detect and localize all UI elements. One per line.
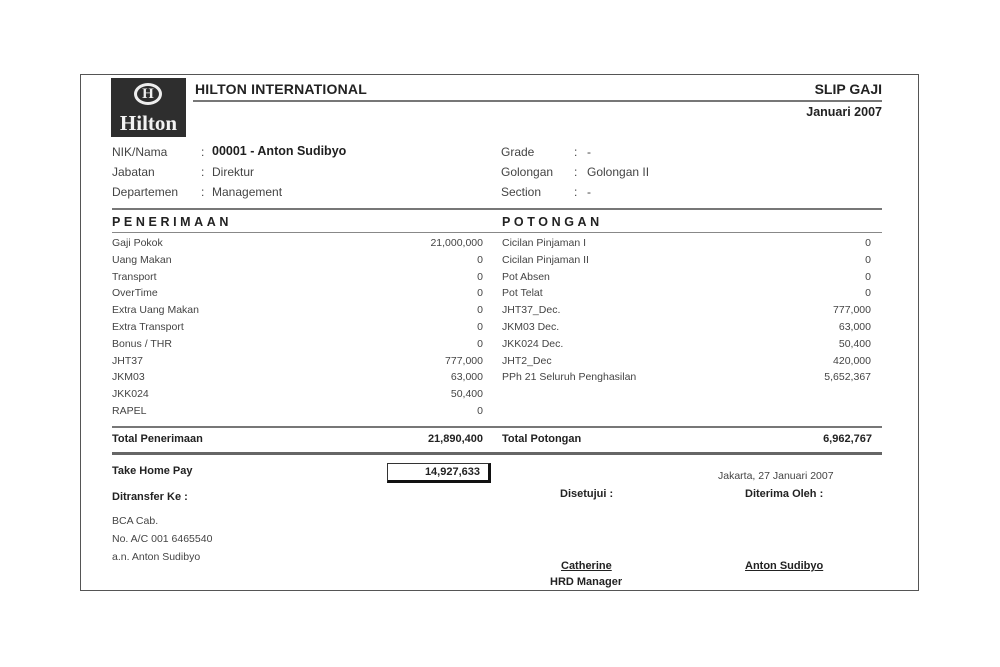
line-item-value: 0 bbox=[477, 287, 483, 299]
hilton-logo: H Hilton bbox=[111, 78, 186, 137]
line-item-label: JKM03 Dec. bbox=[502, 321, 559, 333]
separator: : bbox=[201, 165, 204, 179]
jabatan-value: Direktur bbox=[212, 165, 254, 179]
line-item-label: Gaji Pokok bbox=[112, 237, 163, 249]
grade-value: - bbox=[587, 145, 591, 159]
line-item-value: 50,400 bbox=[451, 388, 483, 400]
line-item-label: Cicilan Pinjaman II bbox=[502, 254, 589, 266]
take-home-pay-value: 14,927,633 bbox=[387, 463, 491, 483]
separator: : bbox=[201, 185, 204, 199]
line-item-label: JHT37_Dec. bbox=[502, 304, 560, 316]
line-item-row: RAPEL0 bbox=[112, 405, 483, 421]
approver-signature-name: Catherine bbox=[561, 560, 612, 572]
place-date: Jakarta, 27 Januari 2007 bbox=[718, 470, 834, 482]
line-item-row: Bonus / THR0 bbox=[112, 338, 483, 354]
line-item-value: 0 bbox=[477, 304, 483, 316]
separator: : bbox=[201, 145, 204, 159]
header-divider bbox=[193, 100, 882, 102]
line-item-row: JHT2_Dec420,000 bbox=[502, 355, 871, 371]
salary-slip: H Hilton HILTON INTERNATIONAL SLIP GAJI … bbox=[80, 74, 919, 591]
line-item-label: Pot Absen bbox=[502, 271, 550, 283]
line-item-label: Extra Transport bbox=[112, 321, 184, 333]
company-name: HILTON INTERNATIONAL bbox=[195, 81, 367, 97]
line-item-label: JKM03 bbox=[112, 371, 145, 383]
departemen-label: Departemen bbox=[112, 185, 178, 199]
line-item-label: JHT37 bbox=[112, 355, 143, 367]
totals-divider bbox=[112, 426, 882, 428]
line-item-value: 0 bbox=[477, 321, 483, 333]
line-item-row: JKM03 Dec.63,000 bbox=[502, 321, 871, 337]
line-item-value: 0 bbox=[477, 271, 483, 283]
line-item-label: Extra Uang Makan bbox=[112, 304, 199, 316]
line-item-row: PPh 21 Seluruh Penghasilan5,652,367 bbox=[502, 371, 871, 387]
line-item-label: Pot Telat bbox=[502, 287, 543, 299]
line-item-label: JKK024 bbox=[112, 388, 149, 400]
line-item-row: JHT37777,000 bbox=[112, 355, 483, 371]
total-potongan-value: 6,962,767 bbox=[823, 433, 872, 445]
line-item-value: 0 bbox=[865, 271, 871, 283]
section-label: Section bbox=[501, 185, 541, 199]
nik-nama-value: 00001 - Anton Sudibyo bbox=[212, 144, 346, 158]
line-item-row: Extra Transport0 bbox=[112, 321, 483, 337]
line-item-row: Pot Absen0 bbox=[502, 271, 871, 287]
total-penerimaan-value: 21,890,400 bbox=[411, 433, 483, 445]
account-number: No. A/C 001 6465540 bbox=[112, 533, 212, 545]
line-item-label: PPh 21 Seluruh Penghasilan bbox=[502, 371, 636, 383]
receiver-signature-name: Anton Sudibyo bbox=[745, 560, 823, 572]
line-item-value: 777,000 bbox=[445, 355, 483, 367]
take-home-divider bbox=[112, 452, 882, 455]
line-item-row: JHT37_Dec.777,000 bbox=[502, 304, 871, 320]
line-item-label: OverTime bbox=[112, 287, 158, 299]
approver-title: HRD Manager bbox=[550, 576, 622, 588]
line-item-row: Gaji Pokok21,000,000 bbox=[112, 237, 483, 253]
line-item-row: Transport0 bbox=[112, 271, 483, 287]
transfer-label: Ditransfer Ke : bbox=[112, 491, 188, 503]
separator: : bbox=[574, 145, 577, 159]
line-item-row: JKK024 Dec.50,400 bbox=[502, 338, 871, 354]
account-holder: a.n. Anton Sudibyo bbox=[112, 551, 200, 563]
golongan-label: Golongan bbox=[501, 165, 553, 179]
section-title-divider bbox=[112, 232, 882, 233]
separator: : bbox=[574, 185, 577, 199]
line-item-row: OverTime0 bbox=[112, 287, 483, 303]
line-item-value: 63,000 bbox=[839, 321, 871, 333]
section-value: - bbox=[587, 185, 591, 199]
info-divider bbox=[112, 208, 882, 210]
total-potongan-label: Total Potongan bbox=[502, 433, 581, 445]
document-title: SLIP GAJI bbox=[815, 81, 882, 97]
line-item-value: 0 bbox=[477, 338, 483, 350]
jabatan-label: Jabatan bbox=[112, 165, 155, 179]
line-item-label: JHT2_Dec bbox=[502, 355, 552, 367]
line-item-label: RAPEL bbox=[112, 405, 146, 417]
line-item-value: 5,652,367 bbox=[824, 371, 871, 383]
separator: : bbox=[574, 165, 577, 179]
line-item-value: 50,400 bbox=[839, 338, 871, 350]
received-label: Diterima Oleh : bbox=[745, 488, 823, 500]
logo-wordmark: Hilton bbox=[111, 112, 186, 134]
bank-branch: BCA Cab. bbox=[112, 515, 158, 527]
hilton-emblem-icon: H bbox=[134, 83, 162, 105]
pay-period: Januari 2007 bbox=[806, 105, 882, 119]
line-item-row: Extra Uang Makan0 bbox=[112, 304, 483, 320]
grade-label: Grade bbox=[501, 145, 534, 159]
line-item-value: 63,000 bbox=[451, 371, 483, 383]
line-item-value: 777,000 bbox=[833, 304, 871, 316]
nik-nama-label: NIK/Nama bbox=[112, 145, 167, 159]
line-item-value: 0 bbox=[865, 237, 871, 249]
line-item-row: Uang Makan0 bbox=[112, 254, 483, 270]
approved-label: Disetujui : bbox=[560, 488, 613, 500]
line-item-row: JKM0363,000 bbox=[112, 371, 483, 387]
line-item-row: Cicilan Pinjaman I0 bbox=[502, 237, 871, 253]
departemen-value: Management bbox=[212, 185, 282, 199]
line-item-row: Pot Telat0 bbox=[502, 287, 871, 303]
line-item-value: 420,000 bbox=[833, 355, 871, 367]
line-item-value: 21,000,000 bbox=[430, 237, 483, 249]
line-item-row: JKK02450,400 bbox=[112, 388, 483, 404]
take-home-pay-label: Take Home Pay bbox=[112, 465, 193, 477]
line-item-value: 0 bbox=[477, 254, 483, 266]
line-item-row: Cicilan Pinjaman II0 bbox=[502, 254, 871, 270]
line-item-value: 0 bbox=[865, 287, 871, 299]
line-item-label: Bonus / THR bbox=[112, 338, 172, 350]
potongan-title: POTONGAN bbox=[502, 215, 603, 229]
line-item-label: Uang Makan bbox=[112, 254, 172, 266]
line-item-value: 0 bbox=[865, 254, 871, 266]
line-item-label: Transport bbox=[112, 271, 157, 283]
line-item-label: JKK024 Dec. bbox=[502, 338, 563, 350]
total-penerimaan-label: Total Penerimaan bbox=[112, 433, 203, 445]
line-item-value: 0 bbox=[477, 405, 483, 417]
line-item-label: Cicilan Pinjaman I bbox=[502, 237, 586, 249]
golongan-value: Golongan II bbox=[587, 165, 649, 179]
penerimaan-title: PENERIMAAN bbox=[112, 215, 232, 229]
